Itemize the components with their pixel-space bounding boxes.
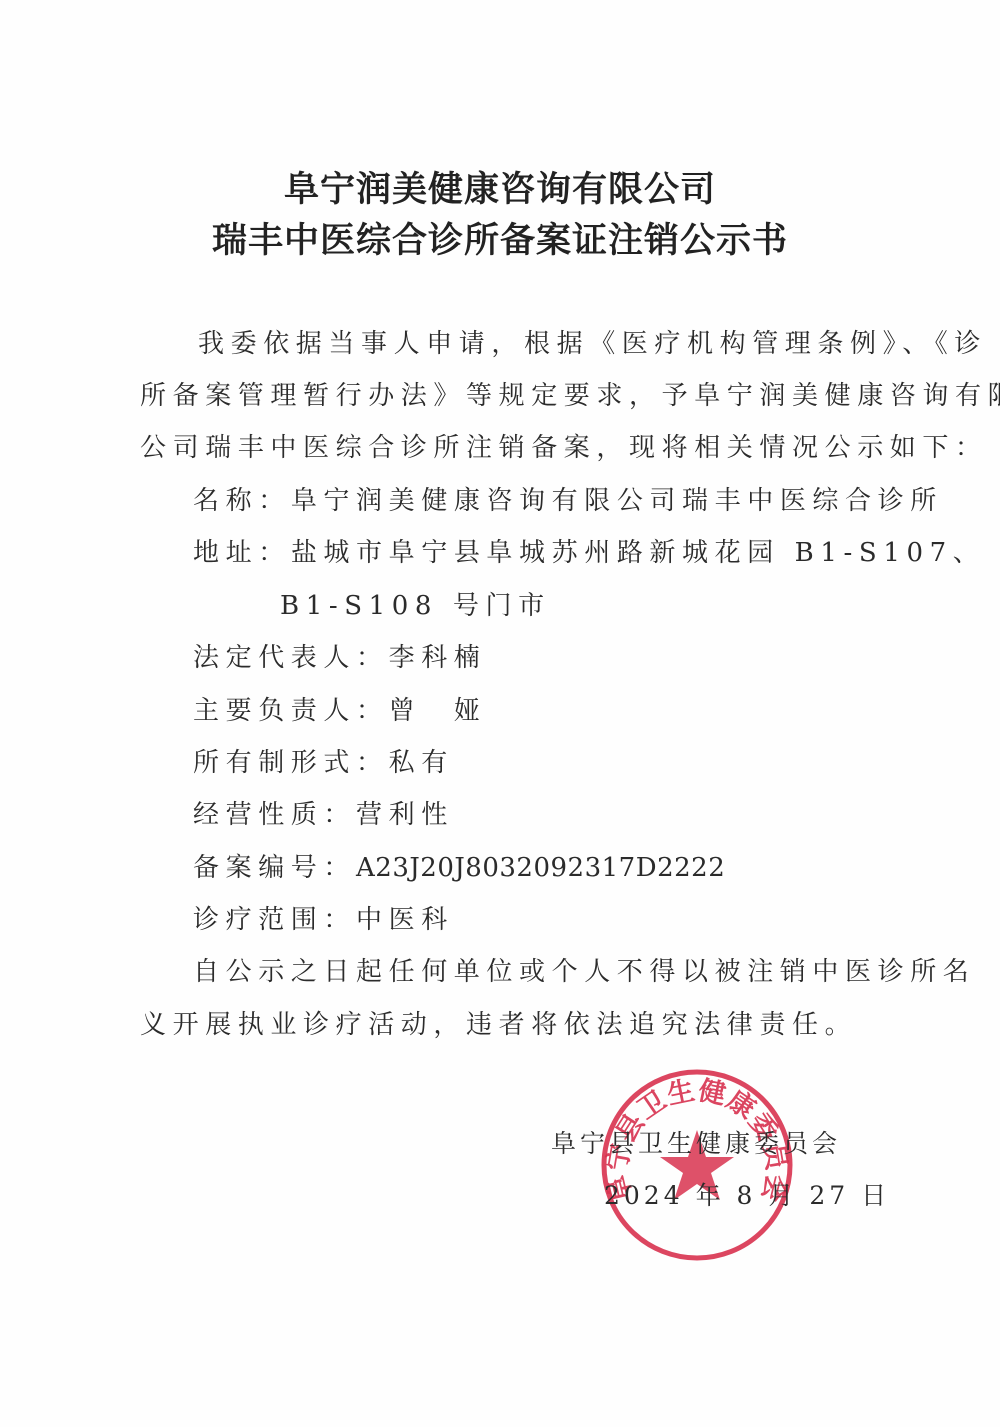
signature-date: 2024 年 8 月 27 日 — [604, 1176, 890, 1212]
field-principal-value: 曾 娅 — [389, 696, 487, 726]
field-scope-label: 诊疗范围： — [193, 905, 356, 935]
field-business-nature-label: 经营性质： — [193, 800, 356, 830]
intro-line-1: 我委依据当事人申请，根据《医疗机构管理条例》、《诊 — [198, 327, 987, 361]
document-title-line1: 阜宁润美健康咨询有限公司 — [0, 162, 1000, 212]
field-address-value-line2: B1-S108 号门市 — [280, 589, 551, 623]
intro-line-3: 公司瑞丰中医综合诊所注销备案，现将相关情况公示如下： — [140, 431, 988, 465]
field-principal: 主要负责人：曾 娅 — [193, 694, 486, 728]
field-name-label: 名称： — [193, 486, 291, 516]
document-title-line2: 瑞丰中医综合诊所备案证注销公示书 — [0, 213, 1000, 263]
field-address-label: 地址： — [193, 538, 291, 568]
signature-organization: 阜宁县卫生健康委员会 — [551, 1124, 841, 1160]
field-scope: 诊疗范围：中医科 — [193, 903, 454, 937]
field-filing-number: 备案编号：A23J20J8032092317D2222 — [193, 851, 725, 885]
field-business-nature-value: 营利性 — [356, 800, 454, 830]
official-seal-icon: 阜宁县卫生健康委员会 — [600, 1068, 794, 1262]
closing-line-1: 自公示之日起任何单位或个人不得以被注销中医诊所名 — [193, 955, 975, 989]
closing-line-2: 义开展执业诊疗活动，违者将依法追究法律责任。 — [140, 1008, 857, 1042]
field-filing-number-label: 备案编号： — [193, 853, 356, 883]
field-name-value: 阜宁润美健康咨询有限公司瑞丰中医综合诊所 — [291, 486, 943, 516]
field-ownership-value: 私有 — [389, 748, 454, 778]
field-principal-label: 主要负责人： — [193, 696, 389, 726]
field-business-nature: 经营性质：营利性 — [193, 798, 454, 832]
field-legal-representative-label: 法定代表人： — [193, 643, 389, 673]
field-scope-value: 中医科 — [356, 905, 454, 935]
field-address-value-line1: 盐城市阜宁县阜城苏州路新城花园 B1-S107、 — [291, 538, 986, 568]
field-address: 地址：盐城市阜宁县阜城苏州路新城花园 B1-S107、 — [193, 536, 985, 570]
field-filing-number-value: A23J20J8032092317D2222 — [356, 853, 725, 883]
field-legal-representative-value: 李科楠 — [389, 643, 487, 673]
field-ownership: 所有制形式：私有 — [193, 746, 454, 780]
field-name: 名称：阜宁润美健康咨询有限公司瑞丰中医综合诊所 — [193, 484, 943, 518]
field-ownership-label: 所有制形式： — [193, 748, 389, 778]
document-page: 阜宁润美健康咨询有限公司 瑞丰中医综合诊所备案证注销公示书 我委依据当事人申请，… — [0, 0, 1000, 1427]
intro-line-2: 所备案管理暂行办法》等规定要求，予阜宁润美健康咨询有限 — [140, 379, 1000, 413]
field-legal-representative: 法定代表人：李科楠 — [193, 641, 486, 675]
